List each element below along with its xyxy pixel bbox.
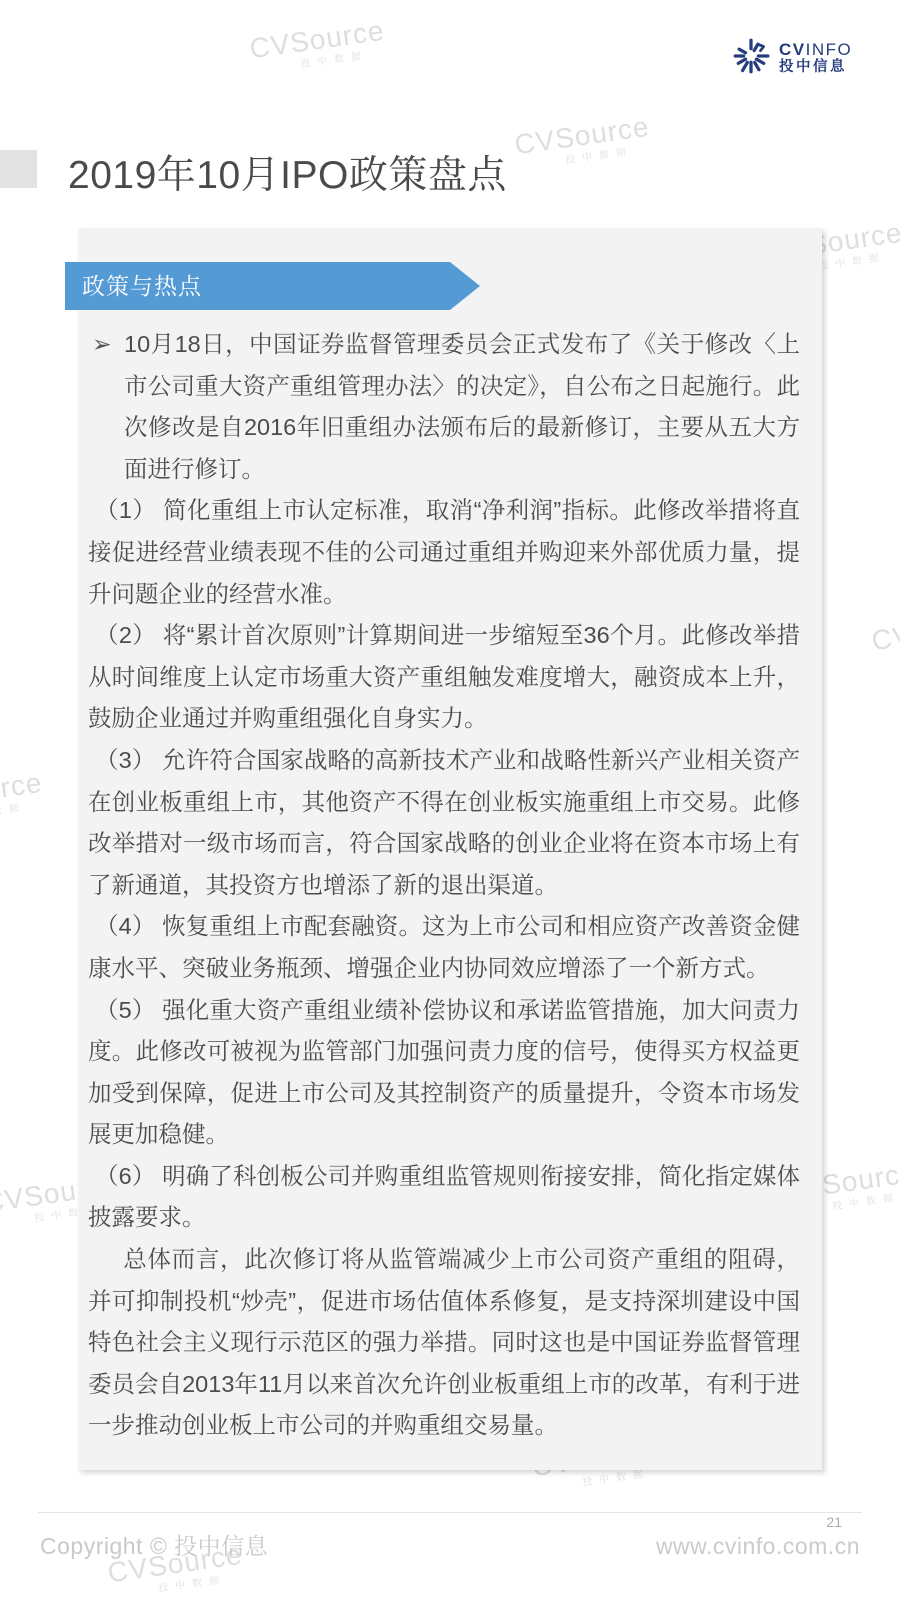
cvinfo-logo: CVINFO 投中信息 — [731, 36, 852, 81]
cvinfo-pinwheel-icon — [731, 36, 771, 81]
logo-name-en: CVINFO — [779, 41, 852, 60]
cvsource-watermark: CVSource 投中数据 — [513, 111, 653, 173]
bullet-paragraph-text: 10月18日，中国证券监督管理委员会正式发布了《关于修改〈上市公司重大资产重组管… — [124, 331, 800, 482]
footer-website-link[interactable]: www.cvinfo.com.cn — [656, 1533, 860, 1560]
bullet-arrow-icon: ➢ — [92, 324, 112, 366]
section-banner: 政策与热点 — [65, 262, 480, 310]
closing-paragraph: 总体而言，此次修订将从监管端减少上市公司资产重组的阻碍，并可抑制投机“炒壳”，促… — [88, 1239, 800, 1447]
page-number: 21 — [826, 1514, 842, 1530]
section-banner-arrow — [450, 262, 480, 310]
content-card: 政策与热点 ➢ 10月18日，中国证券监督管理委员会正式发布了《关于修改〈上市公… — [78, 228, 822, 1470]
section-banner-label: 政策与热点 — [65, 262, 450, 310]
numbered-paragraph-2: （2） 将“累计首次原则”计算期间进一步缩短至36个月。此修改举措从时间维度上认… — [88, 615, 800, 740]
title-accent-bar — [0, 150, 37, 188]
cvsource-watermark: CVSource 投中数据 — [0, 767, 46, 829]
page-title: 2019年10月IPO政策盘点 — [68, 144, 507, 200]
cvsource-watermark: CVSource 投中数据 — [870, 607, 900, 669]
numbered-paragraph-5: （5） 强化重大资产重组业绩补偿协议和承诺监管措施，加大问责力度。此修改可被视为… — [88, 990, 800, 1156]
numbered-paragraph-6: （6） 明确了科创板公司并购重组监管规则衔接安排，简化指定媒体披露要求。 — [88, 1156, 800, 1239]
numbered-paragraph-4: （4） 恢复重组上市配套融资。这为上市公司和相应资产改善资金健康水平、突破业务瓶… — [88, 906, 800, 989]
logo-name-cn: 投中信息 — [779, 60, 852, 76]
bullet-paragraph: ➢ 10月18日，中国证券监督管理委员会正式发布了《关于修改〈上市公司重大资产重… — [88, 324, 800, 490]
numbered-paragraph-1: （1） 简化重组上市认定标准，取消“净利润”指标。此修改举措将直接促进经营业绩表… — [88, 490, 800, 615]
footer-copyright: Copyright © 投中信息 — [40, 1528, 268, 1561]
section-body: ➢ 10月18日，中国证券监督管理委员会正式发布了《关于修改〈上市公司重大资产重… — [78, 324, 822, 1447]
numbered-paragraph-3: （3） 允许符合国家战略的高新技术产业和战略性新兴产业相关资产在创业板重组上市，… — [88, 740, 800, 906]
cvsource-watermark: CVSource 投中数据 — [248, 15, 388, 77]
footer-divider — [38, 1512, 862, 1513]
